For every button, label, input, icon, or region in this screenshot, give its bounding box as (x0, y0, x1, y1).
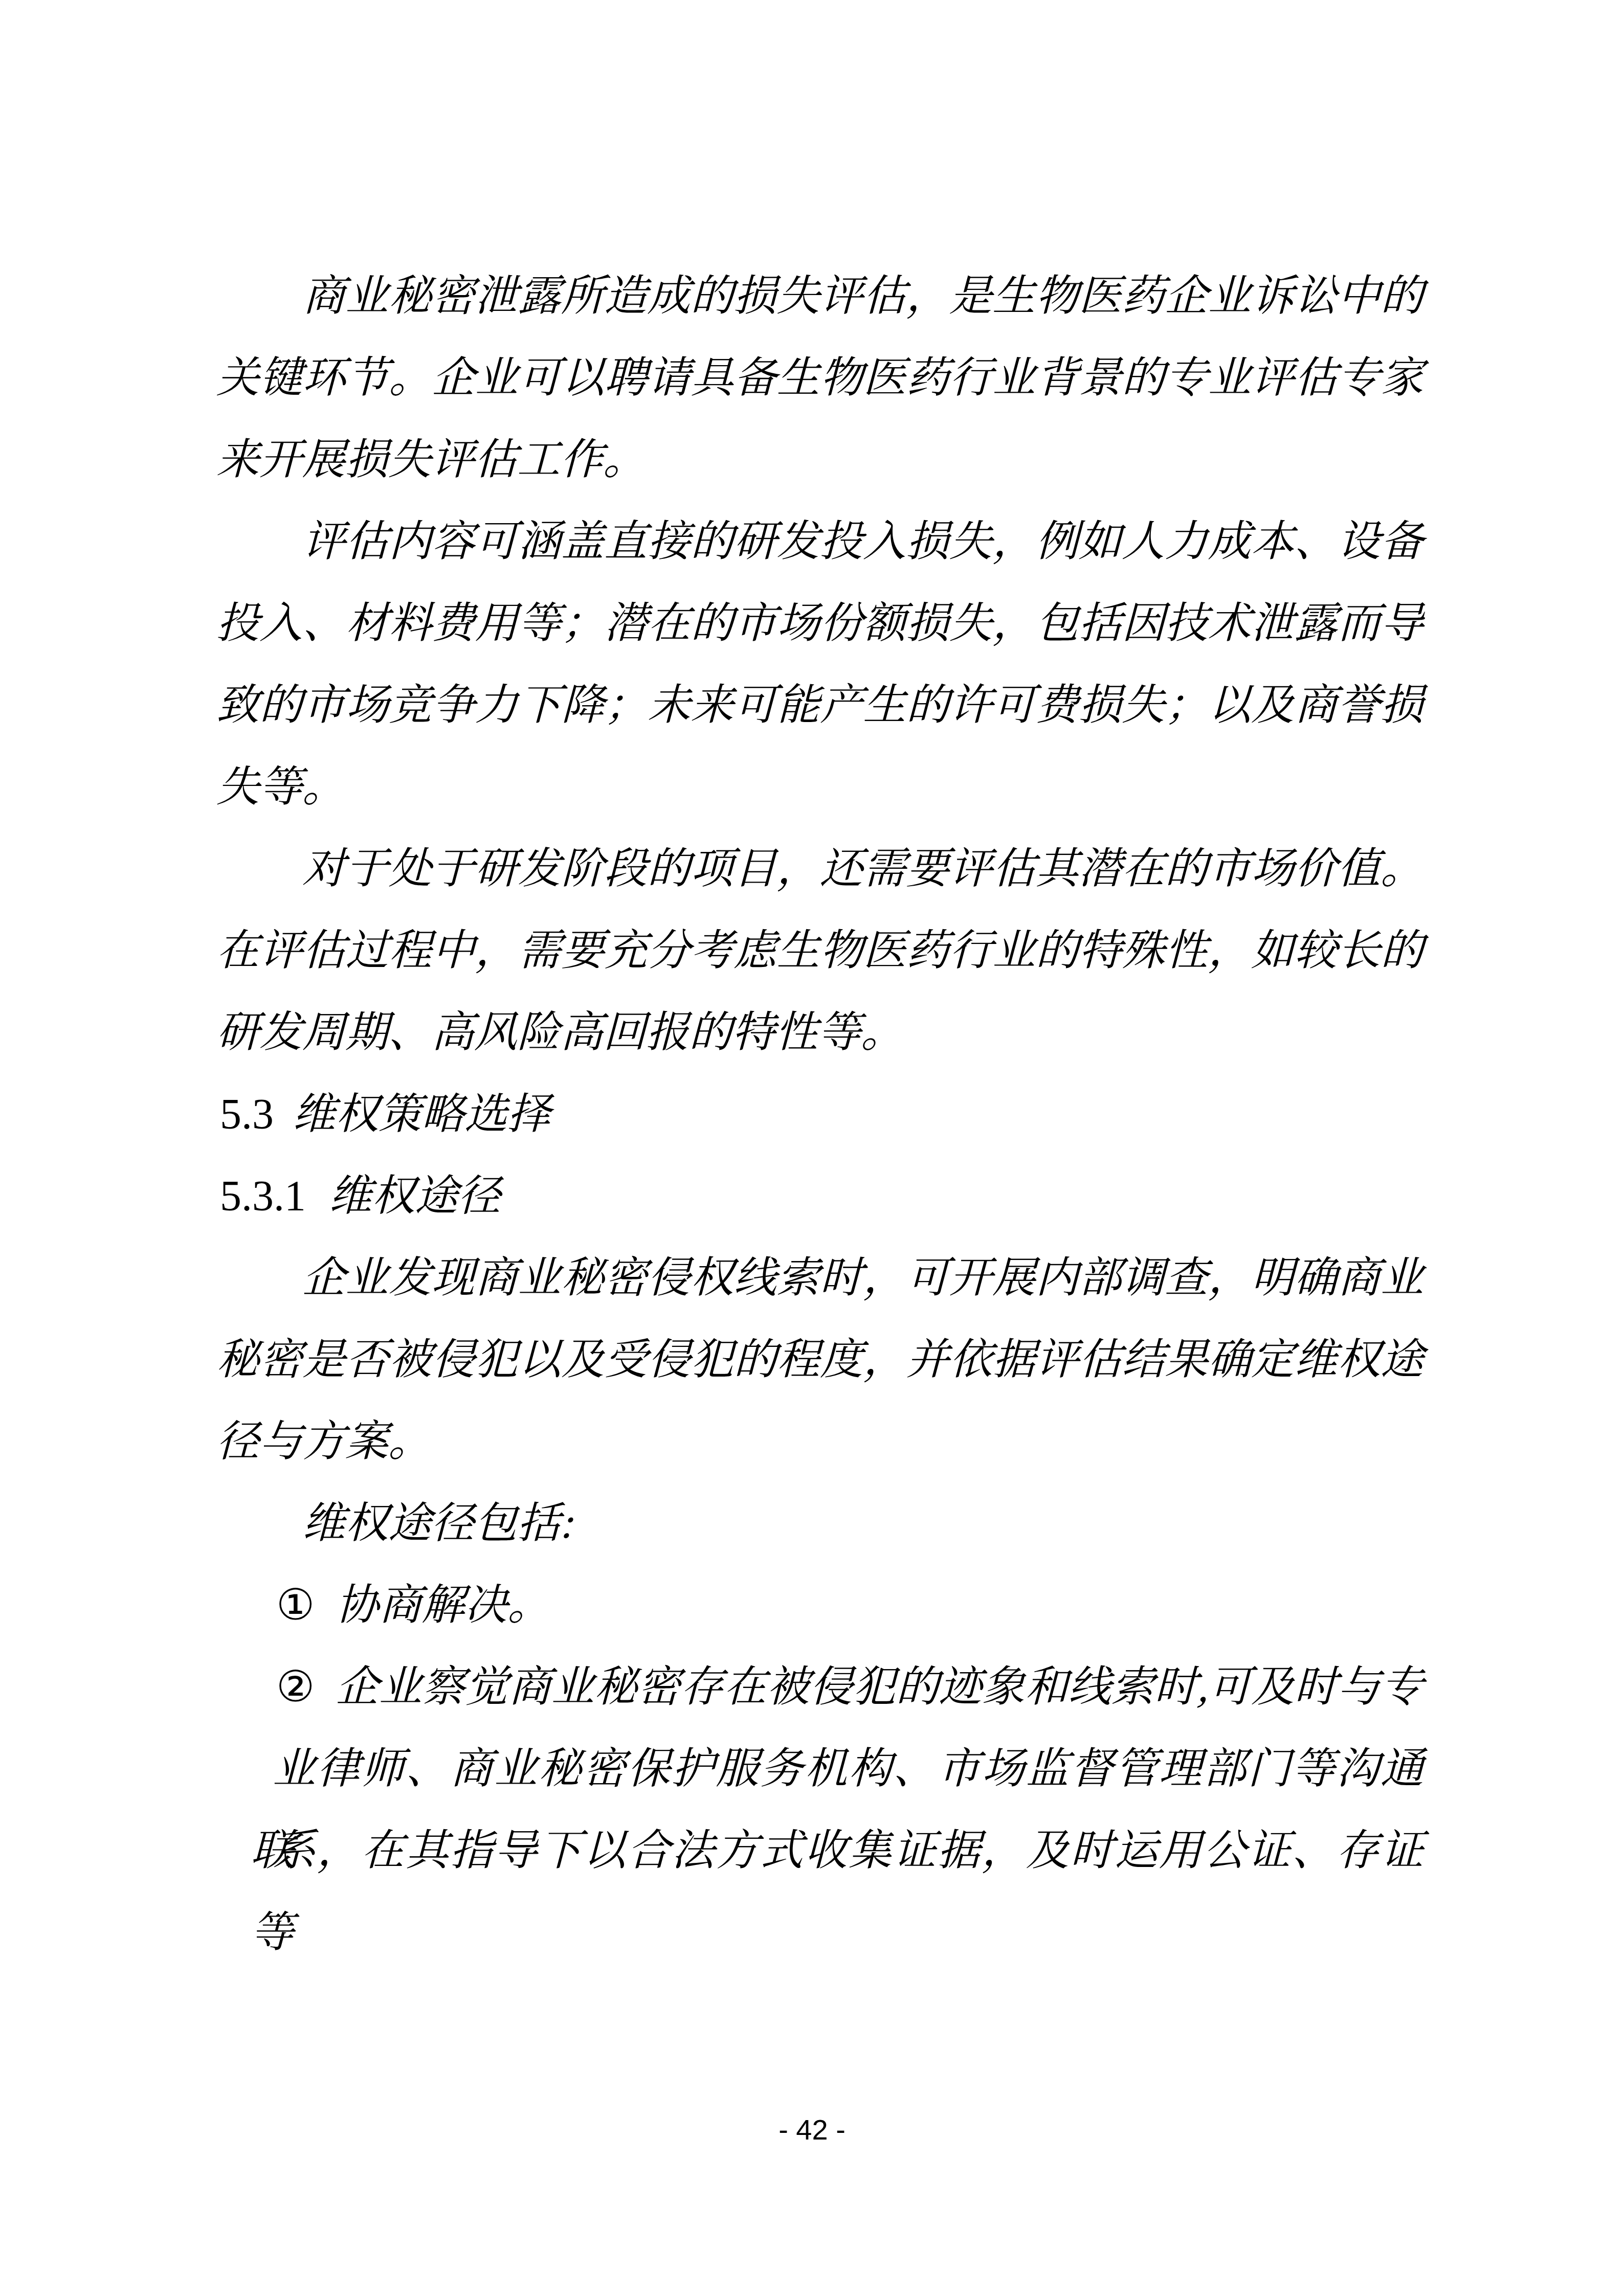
footer-page-number: - 42 - (778, 2113, 846, 2146)
paragraph-2-line-4: 失等。 (209, 747, 1438, 828)
list-item-2-line-3: 系，在其指导下以合法方式收集证据，及时运用公证、存证等 (265, 1810, 1438, 1892)
list-item-2-text: 企业察觉商业秘密存在被侵犯的迹象和线索时,可及时与专 (333, 1663, 1434, 1711)
paragraph-2-line-1: 评估内容可涵盖直接的研发投入损失，例如人力成本、设备 (209, 501, 1438, 583)
paragraph-1-line-3: 来开展损失评估工作。 (209, 419, 1438, 501)
paragraph-1-line-1: 商业秘密泄露所造成的损失评估，是生物医药企业诉讼中的 (209, 256, 1438, 337)
heading-5-3: 5.3维权策略选择 (209, 1074, 1438, 1156)
list-item-1-text: 协商解决。 (333, 1582, 561, 1629)
heading-5-3-1-title: 维权途径 (326, 1173, 511, 1220)
heading-5-3-title: 维权策略选择 (290, 1091, 561, 1138)
paragraph-3-line-2: 在评估过程中，需要充分考虑生物医药行业的特殊性，如较长的 (209, 910, 1438, 992)
document-page: 商业秘密泄露所造成的损失评估，是生物医药企业诉讼中的 关键环节。企业可以聘请具备… (0, 0, 1624, 2296)
paragraph-3-line-3: 研发周期、高风险高回报的特性等。 (209, 992, 1438, 1074)
paragraph-3-line-1: 对于处于研发阶段的项目，还需要评估其潜在的市场价值。 (209, 828, 1438, 910)
text-block: 商业秘密泄露所造成的损失评估，是生物医药企业诉讼中的 关键环节。企业可以聘请具备… (220, 256, 1427, 1892)
footer: - 42 - (0, 2114, 1624, 2145)
paragraph-2-line-2: 投入、材料费用等；潜在的市场份额损失，包括因技术泄露而导 (209, 583, 1438, 665)
paragraph-1-line-2: 关键环节。企业可以聘请具备生物医药行业背景的专业评估专家 (209, 337, 1438, 419)
paragraph-4-line-2: 秘密是否被侵犯以及受侵犯的程度，并依据评估结果确定维权途 (209, 1319, 1438, 1401)
list-item-1-marker: ① (276, 1565, 315, 1647)
list-item-2-line-1: ②企业察觉商业秘密存在被侵犯的迹象和线索时,可及时与专 (265, 1647, 1438, 1728)
list-intro-line: 维权途径包括: (209, 1483, 1438, 1565)
paragraph-2-line-3: 致的市场竞争力下降；未来可能产生的许可费损失；以及商誉损 (209, 665, 1438, 747)
heading-5-3-number: 5.3 (220, 1074, 274, 1156)
list-item-2-marker: ② (276, 1647, 315, 1728)
heading-5-3-1-number: 5.3.1 (220, 1156, 306, 1237)
list-item-1: ①协商解决。 (265, 1565, 1438, 1647)
paragraph-4-line-1: 企业发现商业秘密侵权线索时，可开展内部调查，明确商业 (209, 1237, 1438, 1319)
list-item-2-line-2: 业律师、商业秘密保护服务机构、市场监督管理部门等沟通联 (265, 1728, 1438, 1810)
paragraph-4-line-3: 径与方案。 (209, 1401, 1438, 1483)
heading-5-3-1: 5.3.1维权途径 (209, 1156, 1438, 1237)
